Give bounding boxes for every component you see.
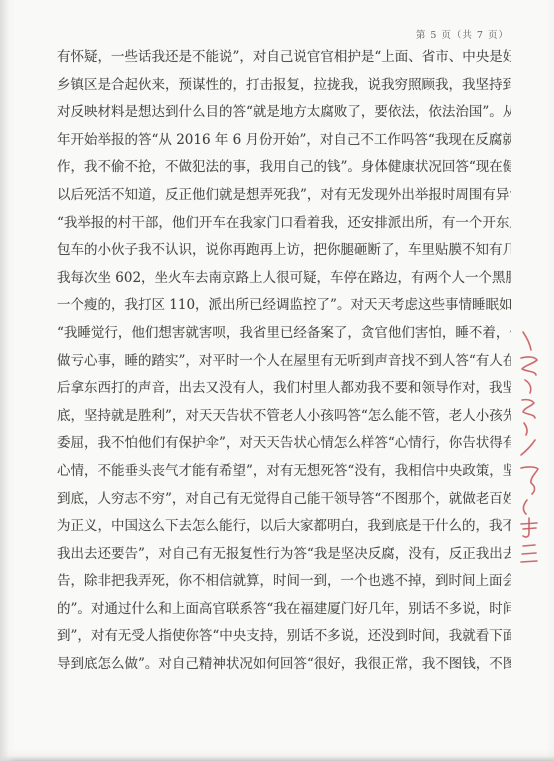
scanned-document-page: 第 5 页（共 7 页） 有怀疑，一些话我还是不能说”，对自己说官官相护是“上面… xyxy=(0,0,554,761)
text-line: 到”，对有无受人指使你答“中央支持，别话不多说，还没到时间，我就看下面领 xyxy=(57,623,511,651)
page-number: 第 5 页（共 7 页） xyxy=(416,27,509,41)
text-line: 包车的小伙子我不认识，说你再跑再上访，把你腿砸断了，车里贴膜不知有几个人， xyxy=(57,237,511,265)
text-line: 告，除非把我弄死，你不相信就算，时间一到，一个也逃不掉，到时间上面会来人 xyxy=(57,568,511,596)
text-line: 一个瘦的，我打区 110，派出所已经调监控了”。对天天考虑这些事情睡眠如何答 xyxy=(57,292,511,320)
text-line: “我睡觉行，他们想害就害呗，我省里已经备案了，贪官他们害怕，睡不着，俺不 xyxy=(57,320,511,348)
text-line: 乡镇区是合起伙来，预谋性的，打击报复，拉拢我，说我穷照顾我，我坚持到底”， xyxy=(57,72,511,100)
text-line: 作，我不偷不抢，不做犯法的事，我用自己的钱”。身体健康状况回答“现在健康， xyxy=(57,154,511,182)
text-line: 对反映材料是想达到什么目的答“就是地方太腐败了，要依法，依法治国”。从哪 xyxy=(57,99,511,127)
text-line: 心情，不能垂头丧气才能有希望”，对有无想死答“没有，我相信中央政策，坚持 xyxy=(57,458,511,486)
text-line: 后拿东西打的声音，出去又没有人，我们村里人都劝我不要和领导作对，我坚持到 xyxy=(57,375,511,403)
text-line: 我出去还要告”，对自己有无报复性行为答“我是坚决反腐，没有，反正我出去还 xyxy=(57,541,511,569)
text-line: 以后死活不知道，反正他们就是想弄死我”，对有无发现外出举报时周围有异常答 xyxy=(57,182,511,210)
text-line: 导到底怎么做”。对自己精神状况如何回答“很好，我很正常，我不图钱，不图官， xyxy=(57,651,511,679)
text-line: 到底，人穷志不穷”，对自己有无觉得自己能干领导答“不图那个，就做老百姓， xyxy=(57,486,511,514)
text-line: 的”。对通过什么和上面高官联系答“我在福建厦门好几年，别话不多说，时间没 xyxy=(57,596,511,624)
document-body: 有怀疑，一些话我还是不能说”，对自己说官官相护是“上面、省市、中央是好的， 乡镇… xyxy=(57,44,511,679)
text-line: 底，坚持就是胜利”，对天天告状不管老人小孩吗答“怎么能不管，老人小孩先受 xyxy=(57,403,511,431)
text-line: 做亏心事，睡的踏实”，对平时一个人在屋里有无听到声音找不到人答“有人在屋 xyxy=(57,348,511,376)
text-line: 有怀疑，一些话我还是不能说”，对自己说官官相护是“上面、省市、中央是好的， xyxy=(57,44,511,72)
handwritten-annotation xyxy=(509,328,551,573)
text-line: 年开始举报的答“从 2016 年 6 月份开始”，对自己不工作吗答“我现在反腐就… xyxy=(57,127,511,155)
text-line: 我每次坐 602，坐火车去南京路上人很可疑，车停在路边，有两个人一个黑胖的， xyxy=(57,265,511,293)
text-line: 为正义，中国这么下去怎么能行，以后大家都明白，我到底是干什么的，我不急， xyxy=(57,513,511,541)
text-line: “我举报的村干部，他们开车在我家门口看着我，还安排派出所，有一个开东风面 xyxy=(57,210,511,238)
text-line: 委屈，我不怕他们有保护伞”，对天天告状心情怎么样答“心情行，你告状得有好 xyxy=(57,430,511,458)
